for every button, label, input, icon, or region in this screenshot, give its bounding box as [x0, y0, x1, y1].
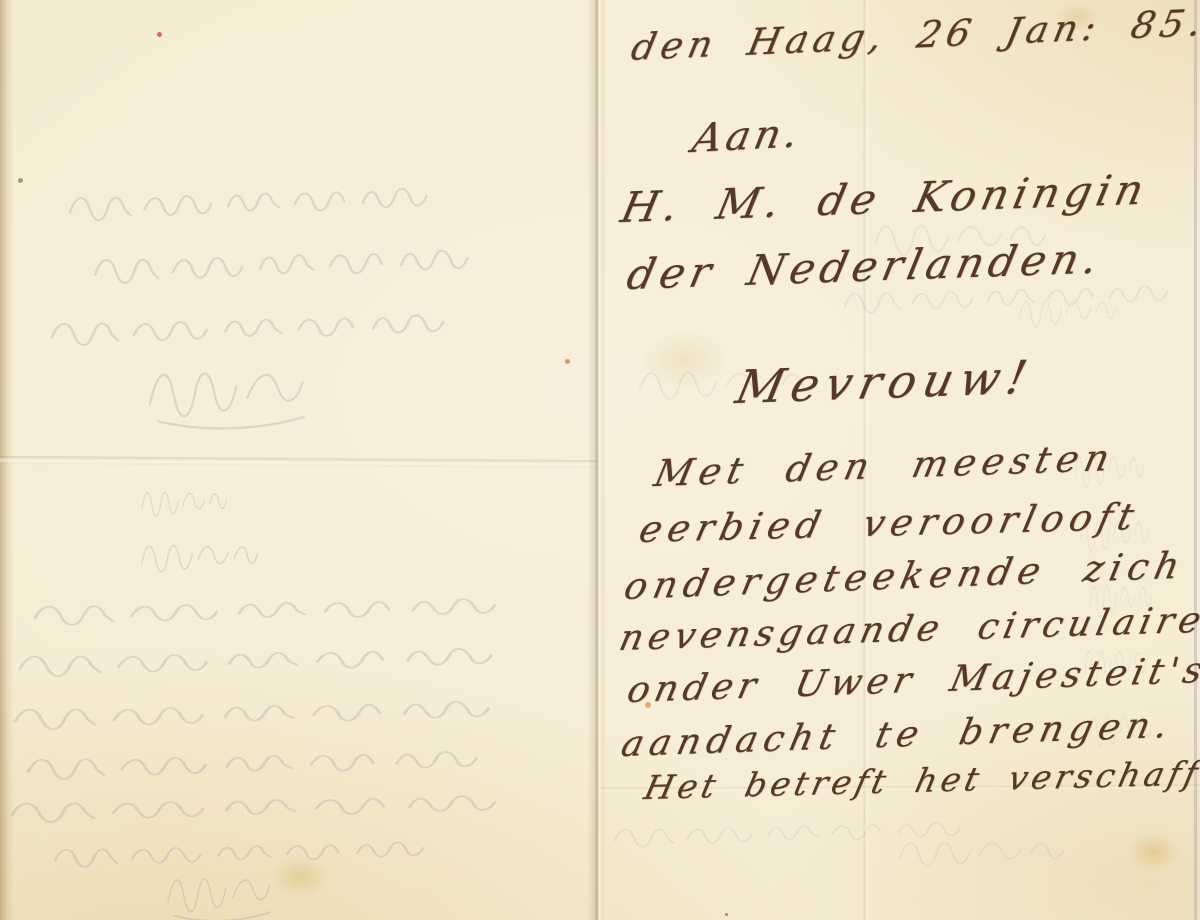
foxing-spot: [565, 359, 570, 364]
salutation: Mevrouw!: [731, 350, 1038, 414]
foxing-spot: [18, 178, 23, 183]
stain: [270, 855, 330, 899]
letter-scan: den Haag, 26 Jan: 85. Aan. H. M. de Koni…: [0, 0, 1200, 920]
fold-crease-center: [588, 0, 606, 920]
stain: [1128, 832, 1180, 872]
foxing-spot: [157, 32, 162, 37]
foxing-spot: [725, 913, 728, 916]
stain: [640, 330, 730, 390]
recipient-line: Aan.: [688, 110, 806, 162]
